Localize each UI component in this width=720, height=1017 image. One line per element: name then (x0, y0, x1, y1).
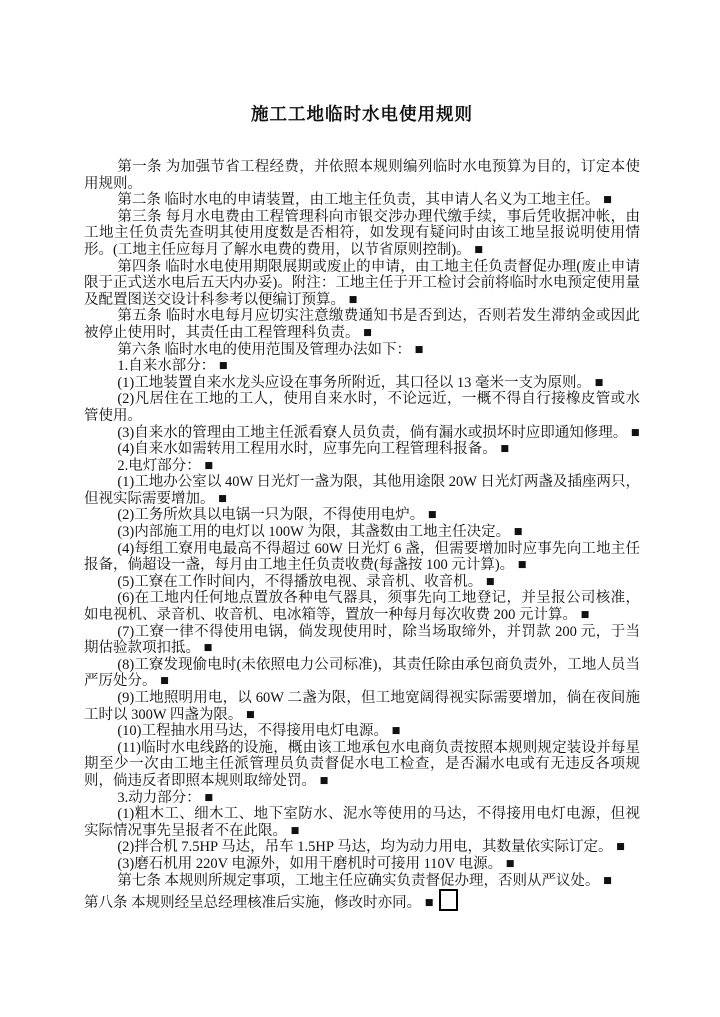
paragraph: 2.电灯部分： ■ (84, 458, 640, 475)
paragraph: 第八条 本规则经呈总经理核准后实施，修改时亦同。 ■ (84, 889, 640, 912)
paragraph: (3)磨石机用 220V 电源外，如用干磨机时可接用 110V 电源。 ■ (84, 856, 640, 873)
paragraph: (1)粗木工、细木工、地下室防水、泥水等使用的马达，不得接用电灯电源，但视实际情… (84, 806, 640, 839)
paragraph: (6)在工地内任何地点置放各种电气器具，须事先向工地登记，并呈报公司核准，如电视… (84, 590, 640, 623)
empty-box-icon (439, 889, 458, 911)
paragraph: (2)拌合机 7.5HP 马达，吊车 1.5HP 马达，均为动力用电，其数量依实… (84, 839, 640, 856)
paragraph: (2)凡居住在工地的工人，使用自来水时，不论远近，一概不得自行接橡皮管或水管使用… (84, 391, 640, 424)
paragraph: (1)工地办公室以 40W 日光灯一盏为限，其他用途限 20W 日光灯两盏及插座… (84, 474, 640, 507)
paragraph: (4)每组工寮用电最高不得超过 60W 日光灯 6 盏，但需要增加时应事先向工地… (84, 541, 640, 574)
paragraph: (4)自来水如需转用工程用水时，应事先向工程管理科报备。 ■ (84, 441, 640, 458)
paragraph: (8)工寮发现偷电时(未依照电力公司标准)，其责任除由承包商负责外，工地人员当严… (84, 657, 640, 690)
paragraph: (3)自来水的管理由工地主任派看寮人员负责，倘有漏水或损坏时应即通知修理。 ■ (84, 425, 640, 442)
paragraph: (2)工务所炊具以电锅一只为限，不得使用电炉。 ■ (84, 507, 640, 524)
paragraph: (1)工地装置自来水龙头应设在事务所附近，其口径以 13 毫米一支为原则。 ■ (84, 375, 640, 392)
paragraph: (3)内部施工用的电灯以 100W 为限，其盏数由工地主任决定。 ■ (84, 524, 640, 541)
paragraph: 1.自来水部分： ■ (84, 358, 640, 375)
document-page: 施工工地临时水电使用规则 第一条 为加强节省工程经费，并依照本规则编列临时水电预… (0, 0, 720, 1017)
paragraph: (10)工程抽水用马达，不得接用电灯电源。 ■ (84, 723, 640, 740)
document-title: 施工工地临时水电使用规则 (84, 103, 640, 125)
paragraph: 第二条 临时水电的申请装置，由工地主任负责，其申请人名义为工地主任。 ■ (84, 192, 640, 209)
document-body: 第一条 为加强节省工程经费，并依照本规则编列临时水电预算为目的，订定本使用规则。… (84, 159, 640, 912)
paragraph: 第三条 每月水电费由工程管理科向市银交涉办理代缴手续，事后凭收据冲帐，由工地主任… (84, 209, 640, 259)
paragraph: (5)工寮在工作时间内，不得播放电视、录音机、收音机。 ■ (84, 574, 640, 591)
paragraph: 第五条 临时水电每月应切实注意缴费通知书是否到达，否则若发生滞纳金或因此被停止使… (84, 308, 640, 341)
paragraph: (9)工地照明用电，以 60W 二盏为限，但工地宽阔得视实际需要增加，倘在夜间施… (84, 690, 640, 723)
paragraph: 第七条 本规则所规定事项，工地主任应确实负责督促办理，否则从严议处。 ■ (84, 873, 640, 890)
paragraph: (11)临时水电线路的设施，概由该工地承包水电商负责按照本规则规定装设并每星期至… (84, 740, 640, 790)
paragraph: (7)工寮一律不得使用电锅，倘发现使用时，除当场取缔外，并罚款 200 元，于当… (84, 624, 640, 657)
paragraph: 3.动力部分： ■ (84, 790, 640, 807)
paragraph: 第四条 临时水电使用期限展期或废止的申请，由工地主任负责督促办理(废止申请限于正… (84, 259, 640, 309)
paragraph: 第六条 临时水电的使用范围及管理办法如下： ■ (84, 342, 640, 359)
paragraph: 第一条 为加强节省工程经费，并依照本规则编列临时水电预算为目的，订定本使用规则。 (84, 159, 640, 192)
